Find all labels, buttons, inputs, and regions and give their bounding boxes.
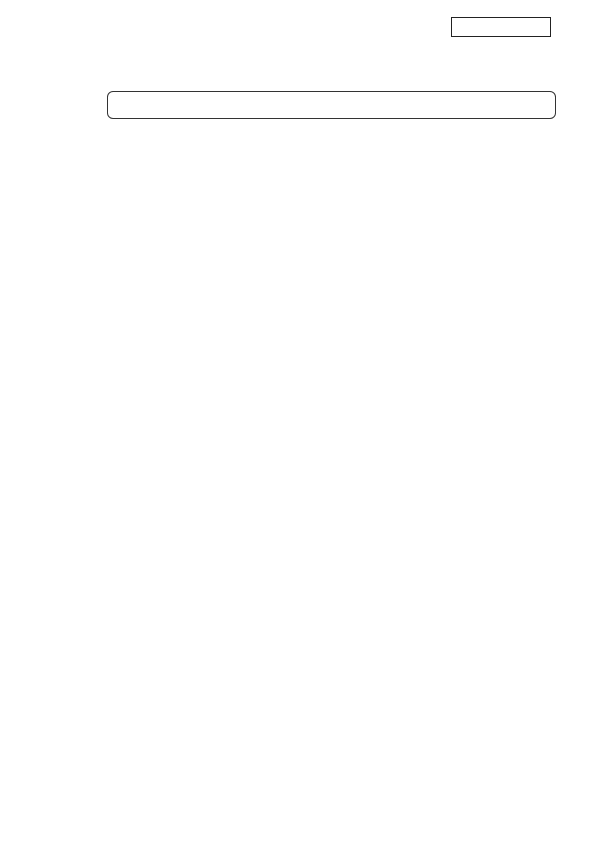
section-heading (6, 19, 20, 33)
year-badge (451, 17, 551, 37)
ideal-child-box (107, 91, 556, 119)
